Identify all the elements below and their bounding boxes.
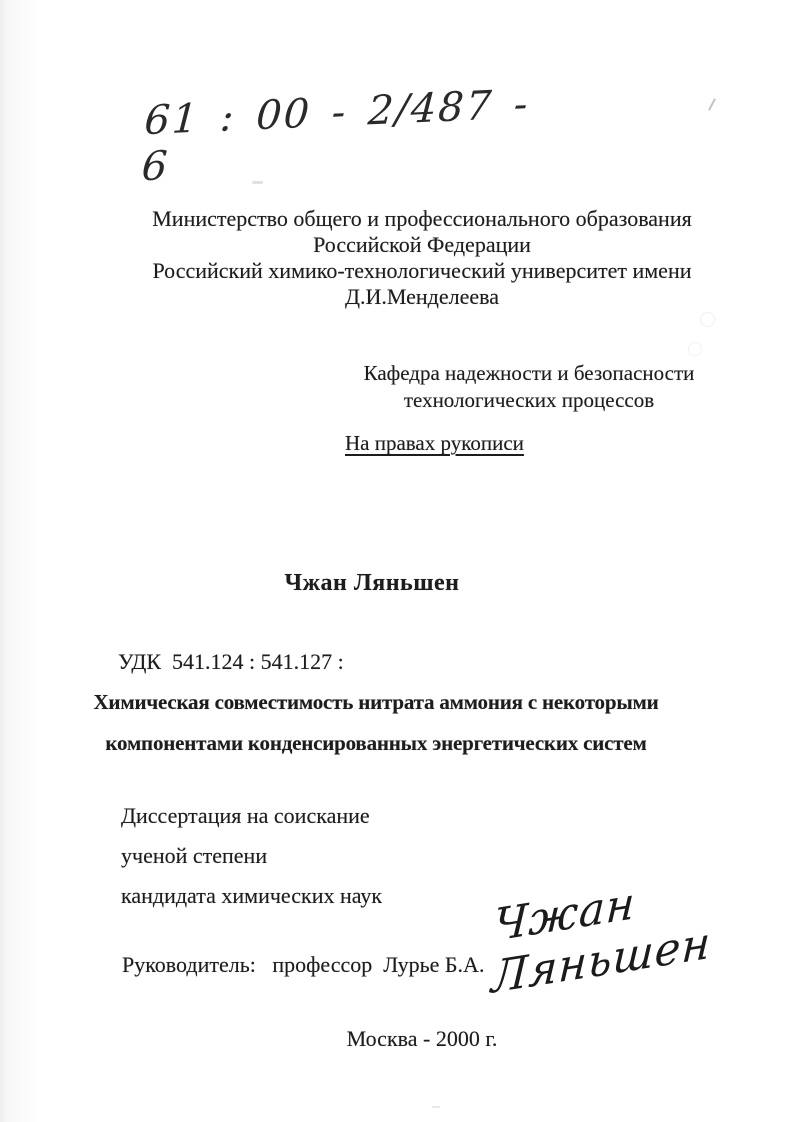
university-line-2: Д.И.Менделеева (92, 284, 752, 310)
dissertation-title-line-2: компонентами конденсированных энергетиче… (56, 723, 696, 764)
thesis-degree-block: Диссертация на соискание ученой степени … (121, 796, 541, 916)
thesis-line-2: ученой степени (121, 836, 541, 876)
thesis-line-3: кандидата химических наук (121, 876, 541, 916)
scan-speck (708, 98, 716, 110)
library-call-number-handwritten: 61 : 00 - 2/487 - 6 (140, 80, 565, 191)
department-line-1: Кафедра надежности и безопасности (358, 360, 700, 387)
scan-speck (432, 1106, 440, 1108)
scan-speck (700, 312, 715, 327)
scan-speck (688, 342, 702, 356)
author-name: Чжан Ляньшен (52, 570, 692, 597)
department-line-2: технологических процессов (358, 387, 700, 414)
manuscript-rights-note: На правах рукописи (345, 431, 524, 456)
city-year-line: Москва - 2000 г. (102, 1026, 742, 1052)
udc-classification: УДК 541.124 : 541.127 : (118, 649, 344, 675)
dissertation-title: Химическая совместимость нитрата аммония… (56, 682, 696, 764)
ministry-line-1: Министерство общего и профессионального … (92, 206, 752, 232)
supervisor-line: Руководитель: профессор Лурье Б.А. (122, 952, 484, 978)
thesis-line-1: Диссертация на соискание (121, 796, 541, 836)
department-block: Кафедра надежности и безопасности технол… (358, 360, 700, 414)
university-line-1: Российский химико-технологический универ… (92, 258, 752, 284)
scanned-title-page: 61 : 00 - 2/487 - 6 Министерство общего … (0, 0, 793, 1122)
scan-speck (252, 181, 263, 184)
ministry-block: Министерство общего и профессионального … (92, 206, 752, 310)
dissertation-title-line-1: Химическая совместимость нитрата аммония… (56, 682, 696, 723)
ministry-line-2: Российской Федерации (92, 232, 752, 258)
